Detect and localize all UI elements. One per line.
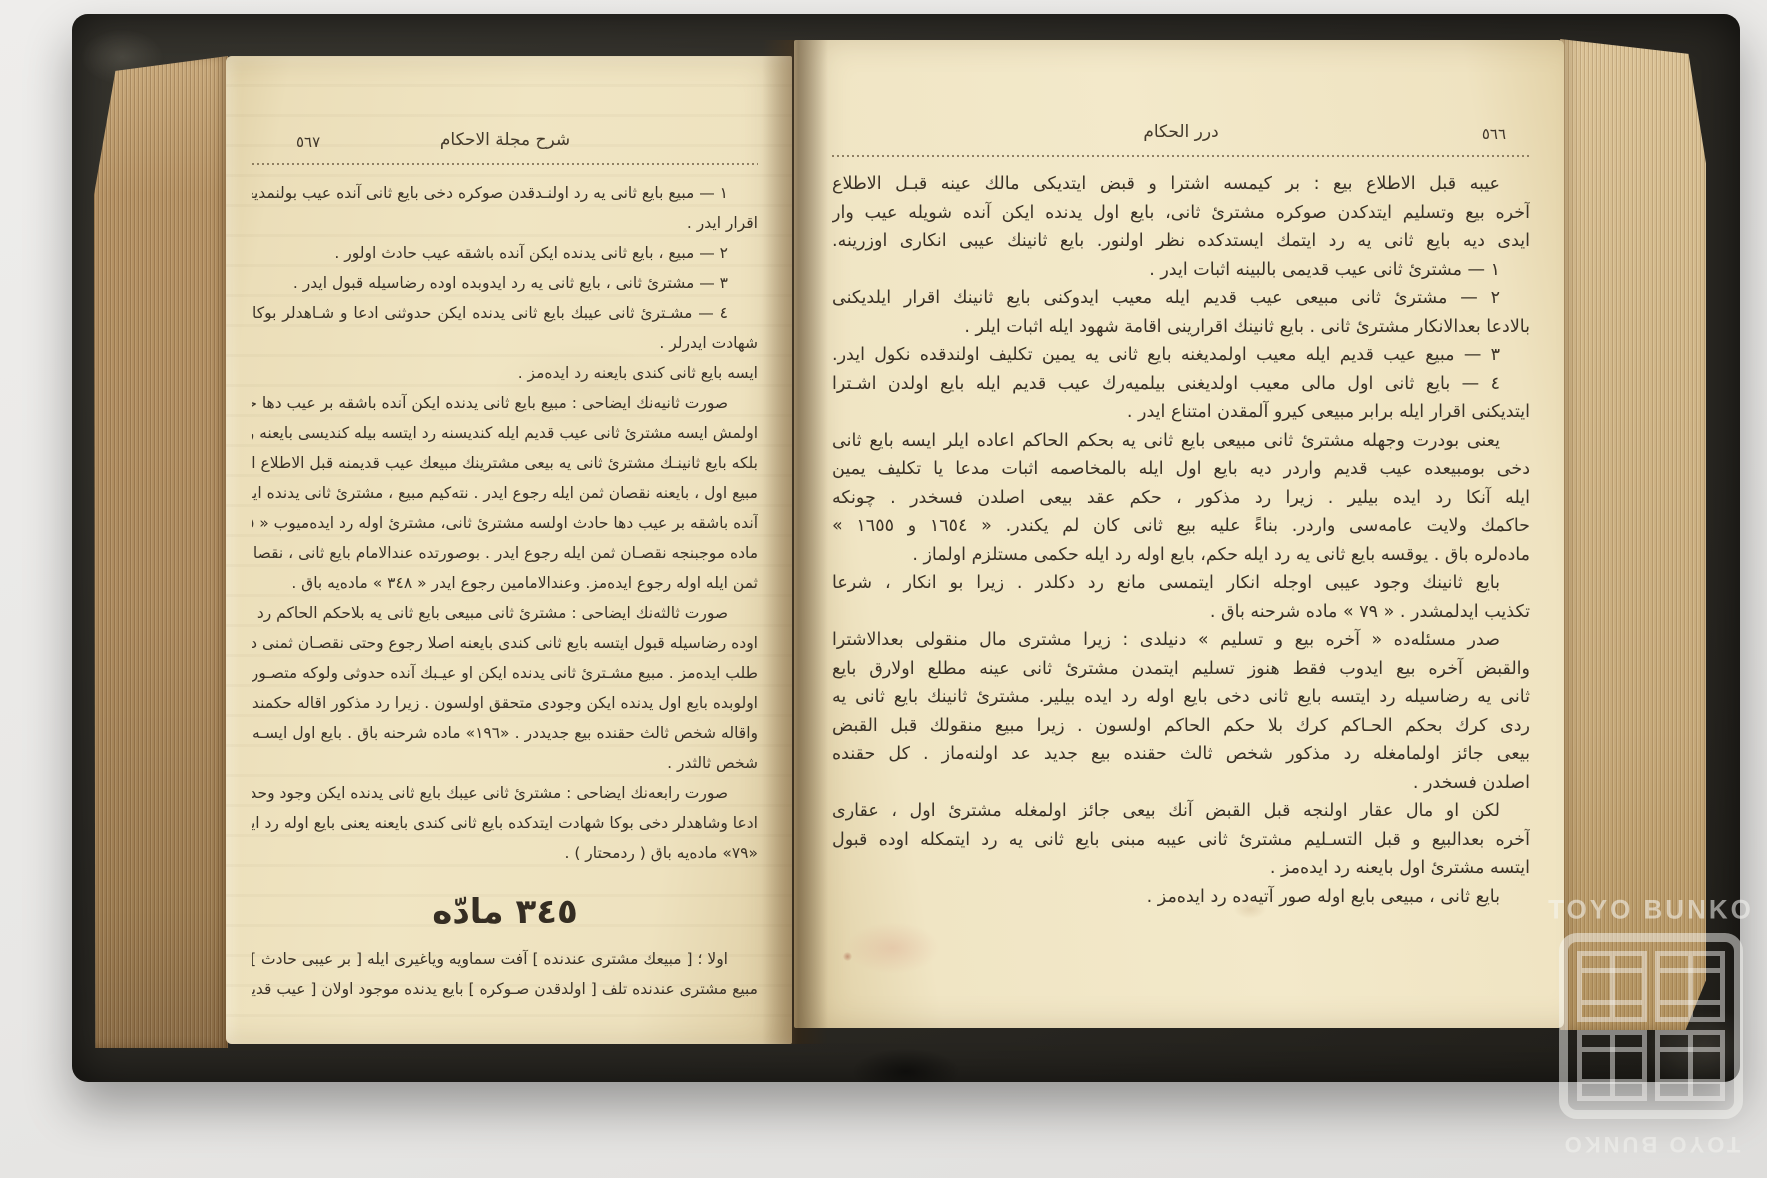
text-line: ماده موجبنجه نقصـان ثمن ايله رجوع ايدر .… — [252, 538, 758, 568]
text-line: صورت ثالثه‌نك ايضاحى : مشترئ ثانى مبيعى … — [252, 598, 758, 628]
text-line: اوده رضاسيله قبول ايتسه بايع ثانى كندى ب… — [252, 628, 758, 658]
text-line: ١ — مبيع بايع ثانى يه رد اولنـدقدن صوكره… — [252, 178, 758, 208]
header-rule — [832, 155, 1530, 157]
text-line: مبيع مشترى عندنده تلف [ اولدقدن صـوكره ]… — [252, 974, 758, 1004]
text-line: اولمش ايسه مشترئ ثانى عيب قديم ايله كندي… — [252, 418, 758, 448]
left-page-title: شرح مجلة الاحكام — [440, 130, 570, 150]
article-345-heading: ٣٤٥ مادّه — [252, 892, 758, 932]
text-line: بايع ثانى ، مبيعى بايع اوله صور آتيه‌ده … — [832, 883, 1530, 912]
left-page-body: ١ — مبيع بايع ثانى يه رد اولنـدقدن صوكره… — [252, 178, 758, 868]
text-line: بلكه بايع ثانينـك مشترئ ثانى يه بيعى مشت… — [252, 448, 758, 478]
text-line: ايتديكنى اقرار ايله برابر مبيعى كيرو آلم… — [832, 398, 1530, 427]
left-page-number: ٥٦٧ — [296, 133, 320, 151]
text-line: ٢ — مبيع ، بايع ثانى يدنده ايكن آنده باش… — [252, 238, 758, 268]
text-line: تكذيب ايدلمشدر . « ٧٩ » ماده شرحنه باق . — [832, 598, 1530, 627]
text-line: ايدى ديه بايع ثانى يه رد ايتمك ايستدكده … — [832, 227, 1530, 256]
left-page-header: ٥٦٧ شرح مجلة الاحكام — [252, 130, 758, 156]
right-page-number: ٥٦٦ — [1482, 125, 1506, 143]
text-line: صورت ثانيه‌نك ايضاحى : مبيع بايع ثانى يد… — [252, 388, 758, 418]
text-line: اصلدن فسخدر . — [832, 769, 1530, 798]
text-line: ٤ — بايع ثانى اول مالى معيب اولديغنى بيل… — [832, 370, 1530, 399]
text-line: ايله آنكا رد ايده بيلير . زيرا رد مذكور … — [832, 484, 1530, 513]
text-line: اولوبده بايع اول يدنده ايكن وجودى متحقق … — [252, 688, 758, 718]
text-line: ثانى يه رضاسيله رد ايتسه بايع ثانى دخى ب… — [832, 683, 1530, 712]
watermark-text-mirrored: TOYO BUNKO — [1548, 1131, 1754, 1157]
text-line: ثمن ايله اوله رجوع ايده‌مز. وعندالامامين… — [252, 568, 758, 598]
text-line: آنده باشقه بر عيب دها حادث اولسه مشترئ ث… — [252, 508, 758, 538]
right-page-body: عيبه قبل الاطلاع بيع : بر كيمسه اشترا و … — [832, 170, 1530, 911]
header-rule — [252, 163, 758, 165]
text-line: «٧٩» ماده‌يه باق ( ردمحتار ) . — [252, 838, 758, 868]
text-line: صورت رابعه‌نك ايضاحى : مشترئ ثانى عيبك ب… — [252, 778, 758, 808]
text-line: دخى بومبيعده عيب قديم واردر ديه بايع اول… — [832, 455, 1530, 484]
text-line: ادعا وشاهدلر دخى بوكا شهادت ايتدكده بايع… — [252, 808, 758, 838]
text-line: ايسه بايع ثانى كندى بايعنه رد ايده‌مز . — [252, 358, 758, 388]
text-line: ايتسه مشترئ اول بايعنه رد ايده‌مز . — [832, 854, 1530, 883]
text-line: بالادعا بعدالانكار مشترئ ثانى . بايع ثان… — [832, 313, 1530, 342]
text-line: اولا ؛ [ مبيعك مشترى عندنده ] آفت سماويه… — [252, 944, 758, 974]
text-line: ٢ — مشترئ ثانى مبيعى عيب قديم ايله معيب … — [832, 284, 1530, 313]
text-line: يعنى بودرت وجهله مشترئ ثانى مبيعى بايع ث… — [832, 427, 1530, 456]
text-line: بيعى جائز اولمامغله رد مذكور شخص ثالث حق… — [832, 740, 1530, 769]
text-line: بايع ثانينك وجود عيبى اوجله انكار ايتمسى… — [832, 569, 1530, 598]
text-line: اقرار ايدر . — [252, 208, 758, 238]
text-line: ٣ — مبيع عيب قديم ايله معيب اولمديغنه با… — [832, 341, 1530, 370]
right-page-edges — [1560, 34, 1706, 1030]
text-line: لكن او مال عقار اولنجه قبل القبض آنك بيع… — [832, 797, 1530, 826]
text-line: صدر مسئله‌ده « آخره بيع و تسليم » دنيلدى… — [832, 626, 1530, 655]
text-line: شخص ثالثدر . — [252, 748, 758, 778]
text-line: مبيع اول ، بايعنه نقصان ثمن ايله رجوع اي… — [252, 478, 758, 508]
text-line: ٣ — مشترئ ثانى ، بايع ثانى يه رد ايدوبده… — [252, 268, 758, 298]
right-page-header: ٥٦٦ درر الحكام — [832, 122, 1530, 148]
text-line: طلب ايده‌مز . مبيع مشـترئ ثانى يدنده ايك… — [252, 658, 758, 688]
text-line: حاكمك ولايت عامه‌سى واردر. بناءً عليه بي… — [832, 512, 1530, 541]
text-line: ماده‌لره باق . يوقسه بايع ثانى يه رد ايل… — [832, 541, 1530, 570]
right-page-title: درر الحكام — [1143, 122, 1218, 142]
right-page-content: ٥٦٦ درر الحكام عيبه قبل الاطلاع بيع : بر… — [794, 40, 1564, 1028]
left-page-content: ٥٦٧ شرح مجلة الاحكام ١ — مبيع بايع ثانى … — [226, 56, 792, 1044]
article-345-text: اولا ؛ [ مبيعك مشترى عندنده ] آفت سماويه… — [252, 944, 758, 1004]
text-line: آخره بعدالبيع و قبل التسـليم مشترئ ثانى … — [832, 826, 1530, 855]
text-line: ١ — مشترئ ثانى عيب قديمى بالبينه اثبات ا… — [832, 256, 1530, 285]
left-page-edges — [94, 56, 228, 1048]
left-page: ٥٦٧ شرح مجلة الاحكام ١ — مبيع بايع ثانى … — [226, 56, 792, 1044]
text-line: شهادت ايدرلر . — [252, 328, 758, 358]
text-line: واقاله شخص ثالث حقنده بيع جديددر . «١٩٦»… — [252, 718, 758, 748]
text-line: ردى كرك بحكم الحـاكم كرك بلا حكم الحاكم … — [832, 712, 1530, 741]
text-line: والقبض آخره بيع ايدوب فقط هنوز تسليم ايت… — [832, 655, 1530, 684]
right-page: ٥٦٦ درر الحكام عيبه قبل الاطلاع بيع : بر… — [794, 40, 1564, 1028]
text-line: آخره بيع وتسليم ايتدكدن صوكره مشترئ ثانى… — [832, 199, 1530, 228]
book-photo: ٥٦٧ شرح مجلة الاحكام ١ — مبيع بايع ثانى … — [0, 0, 1767, 1178]
text-line: ٤ — مشـترئ ثانى عيبك بايع ثانى يدنده ايك… — [252, 298, 758, 328]
text-line: عيبه قبل الاطلاع بيع : بر كيمسه اشترا و … — [832, 170, 1530, 199]
